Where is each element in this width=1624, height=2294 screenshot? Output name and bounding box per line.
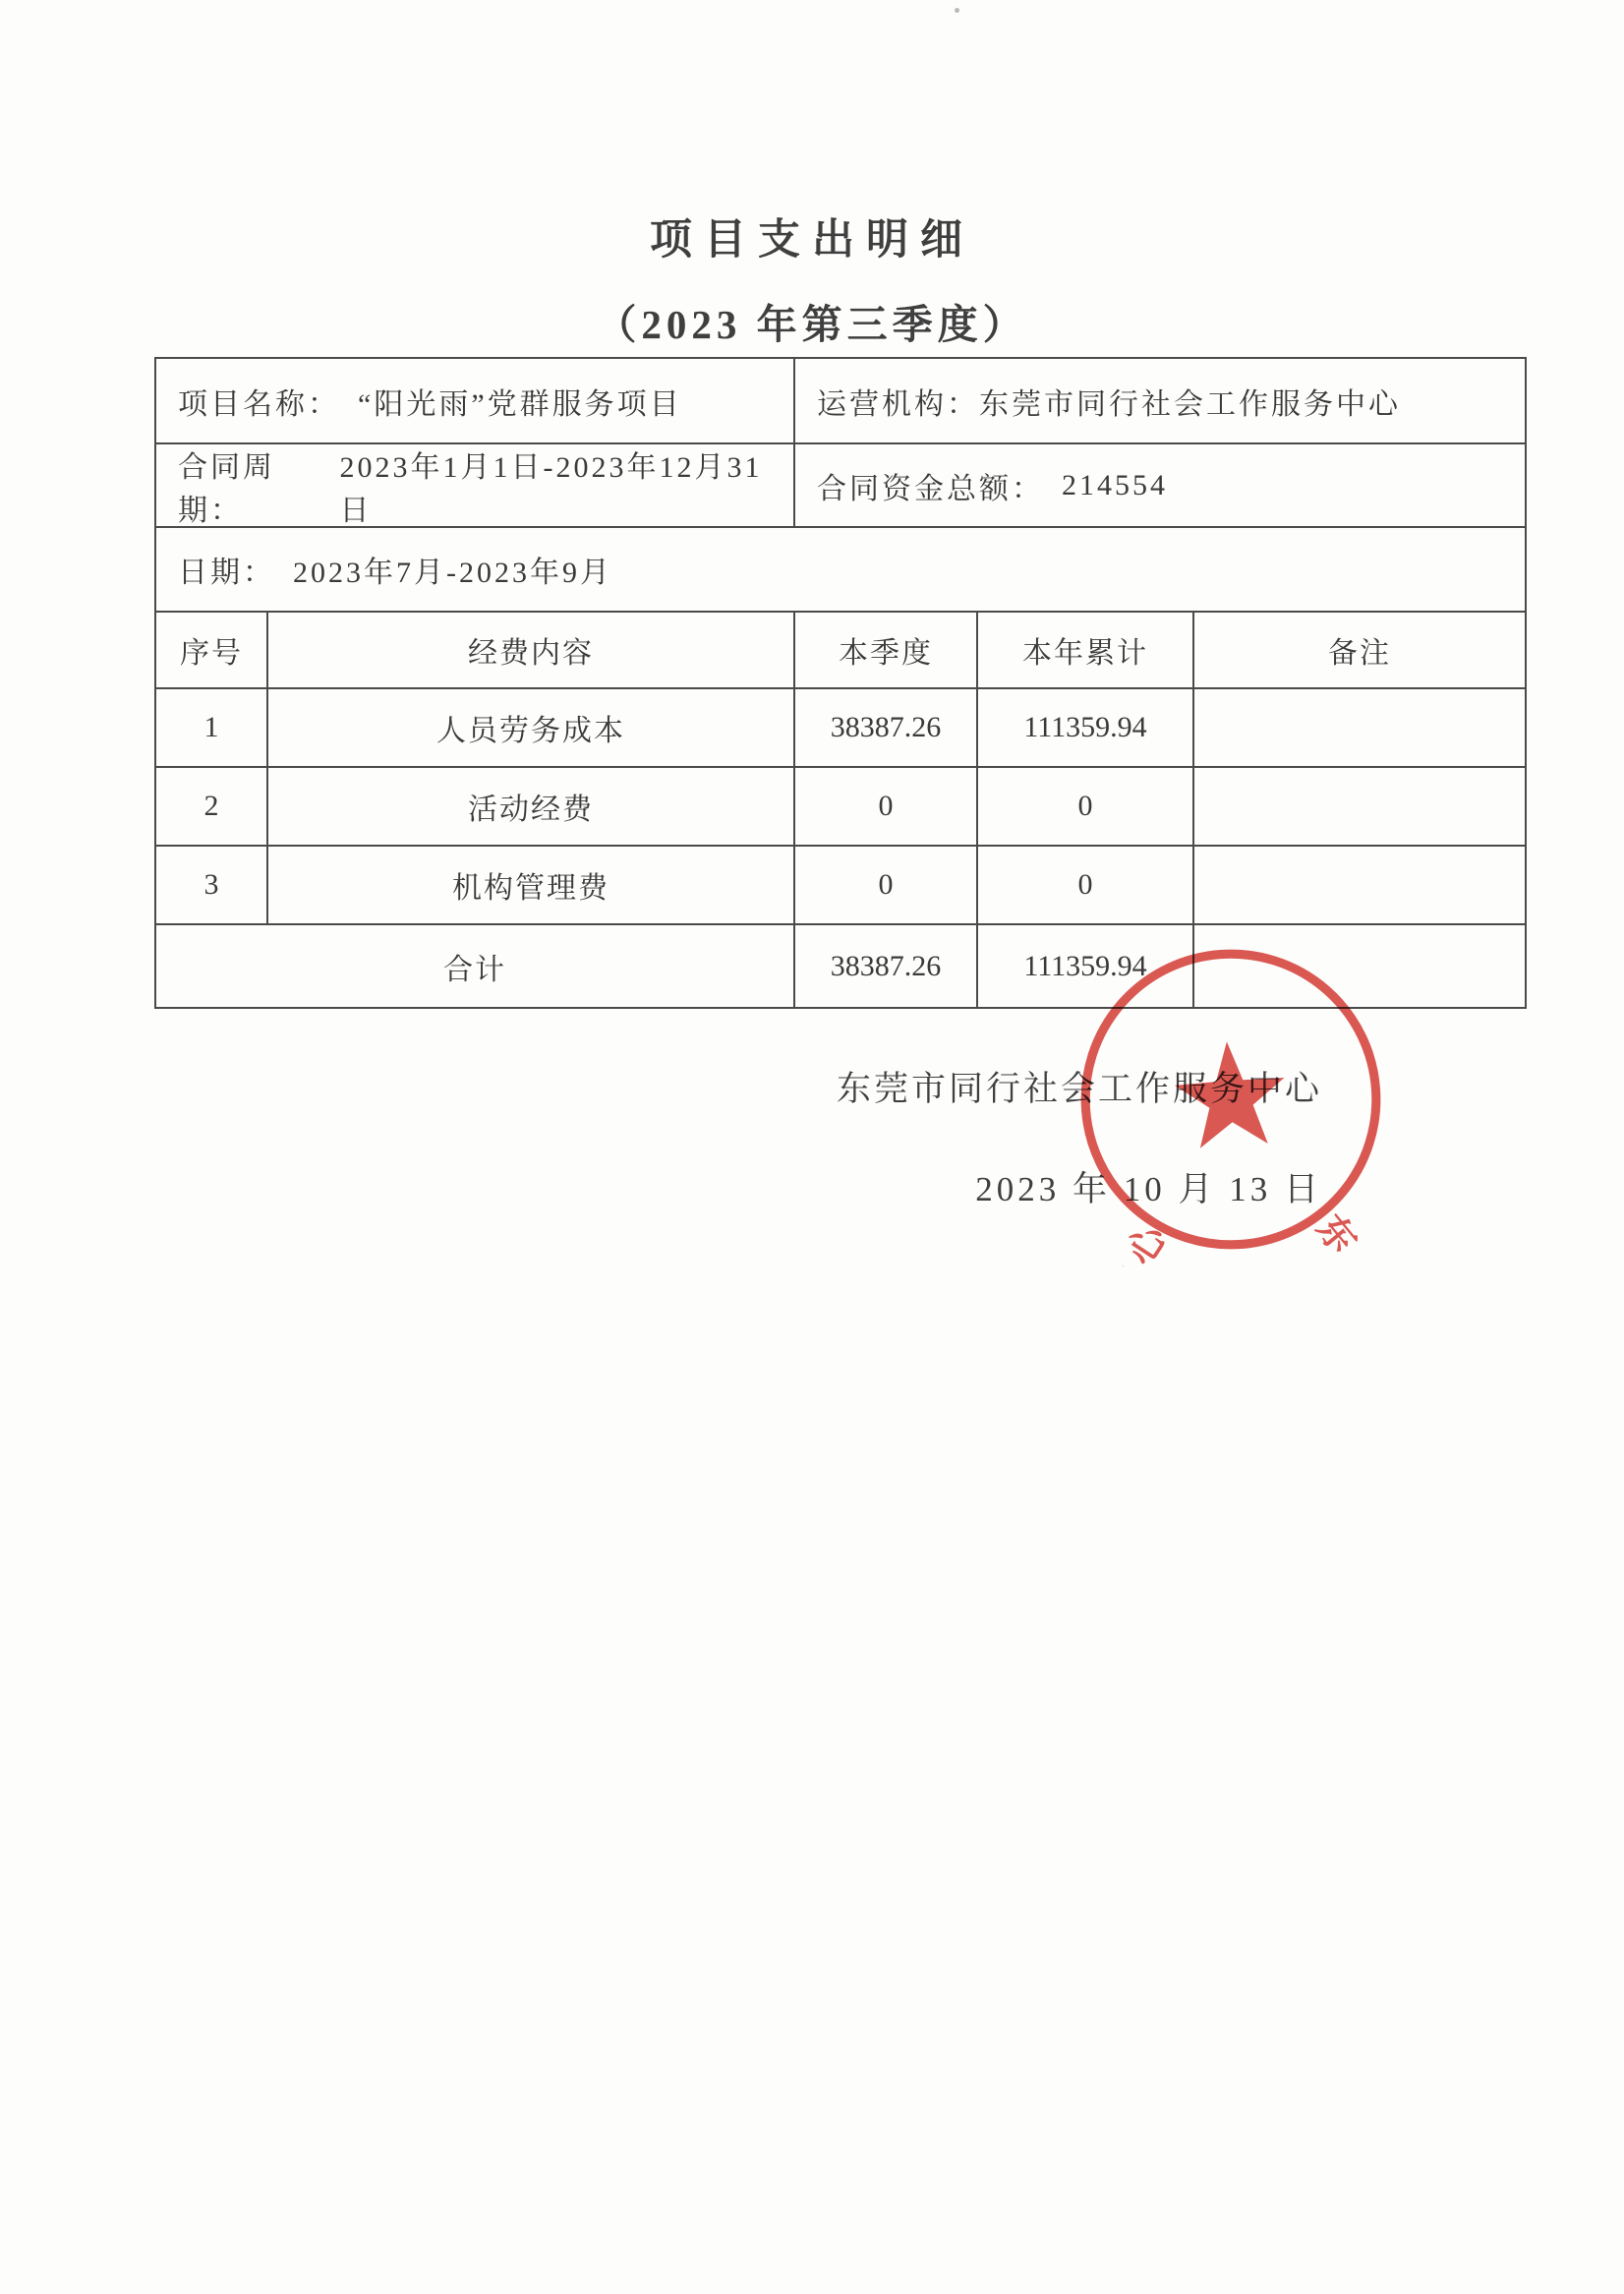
contract-period-value: 2023年1月1日-2023年12月31日 bbox=[339, 444, 793, 526]
stamp-star-icon bbox=[1172, 1038, 1289, 1150]
project-name-value: “阳光雨”党群服务项目 bbox=[358, 380, 682, 423]
total-label: 合计 bbox=[156, 925, 793, 1007]
header-ytd: 本年累计 bbox=[976, 613, 1192, 687]
expense-report-table: 项目名称： “阳光雨”党群服务项目 运营机构： 东莞市同行社会工作服务中心 合同… bbox=[154, 357, 1527, 1009]
row-item: 机构管理费 bbox=[266, 847, 793, 923]
table-row: 2 活动经费 0 0 bbox=[156, 766, 1525, 845]
row-ytd: 0 bbox=[976, 847, 1192, 923]
document-page: 项目支出明细 （2023 年第三季度） 项目名称： “阳光雨”党群服务项目 运营… bbox=[0, 0, 1624, 2294]
row-no: 2 bbox=[156, 768, 266, 845]
table-row-date: 日期： 2023年7月-2023年9月 bbox=[156, 526, 1525, 611]
table-header-row: 序号 经费内容 本季度 本年累计 备注 bbox=[156, 611, 1525, 687]
row-quarter: 0 bbox=[793, 768, 976, 845]
official-stamp: 东莞市同行社会工作服务中心 bbox=[1061, 929, 1401, 1269]
header-no: 序号 bbox=[156, 613, 266, 687]
header-item: 经费内容 bbox=[266, 613, 793, 687]
row-no: 1 bbox=[156, 689, 266, 766]
page-subtitle: （2023 年第三季度） bbox=[0, 292, 1624, 350]
row-note bbox=[1192, 689, 1525, 766]
table-row-contract: 合同周期： 2023年1月1日-2023年12月31日 合同资金总额： 2145… bbox=[156, 442, 1525, 526]
row-no: 3 bbox=[156, 847, 266, 923]
operator-cell: 运营机构： 东莞市同行社会工作服务中心 bbox=[793, 359, 1525, 442]
contract-total-label: 合同资金总额： bbox=[817, 464, 1044, 507]
row-item: 人员劳务成本 bbox=[266, 689, 793, 766]
operator-value: 东莞市同行社会工作服务中心 bbox=[979, 380, 1401, 423]
project-name-label: 项目名称： bbox=[178, 380, 340, 423]
page-title: 项目支出明细 bbox=[0, 206, 1624, 266]
header-note: 备注 bbox=[1192, 613, 1525, 687]
project-name-cell: 项目名称： “阳光雨”党群服务项目 bbox=[156, 359, 793, 442]
operator-label: 运营机构： bbox=[817, 380, 979, 423]
date-value: 2023年7月-2023年9月 bbox=[293, 548, 612, 591]
date-cell: 日期： 2023年7月-2023年9月 bbox=[156, 528, 1525, 611]
scan-artifact-dot bbox=[955, 8, 959, 13]
table-row: 1 人员劳务成本 38387.26 111359.94 bbox=[156, 687, 1525, 766]
row-note bbox=[1192, 768, 1525, 845]
row-quarter: 38387.26 bbox=[793, 689, 976, 766]
total-quarter: 38387.26 bbox=[793, 925, 976, 1007]
date-label: 日期： bbox=[178, 548, 275, 591]
row-note bbox=[1192, 847, 1525, 923]
table-row: 3 机构管理费 0 0 bbox=[156, 845, 1525, 923]
row-ytd: 0 bbox=[976, 768, 1192, 845]
contract-total-value: 214554 bbox=[1062, 469, 1168, 502]
header-quarter: 本季度 bbox=[793, 613, 976, 687]
contract-period-cell: 合同周期： 2023年1月1日-2023年12月31日 bbox=[156, 444, 793, 526]
table-row-project-operator: 项目名称： “阳光雨”党群服务项目 运营机构： 东莞市同行社会工作服务中心 bbox=[156, 359, 1525, 442]
contract-total-cell: 合同资金总额： 214554 bbox=[793, 444, 1525, 526]
row-quarter: 0 bbox=[793, 847, 976, 923]
row-item: 活动经费 bbox=[266, 768, 793, 845]
contract-period-label: 合同周期： bbox=[178, 444, 339, 526]
row-ytd: 111359.94 bbox=[976, 689, 1192, 766]
